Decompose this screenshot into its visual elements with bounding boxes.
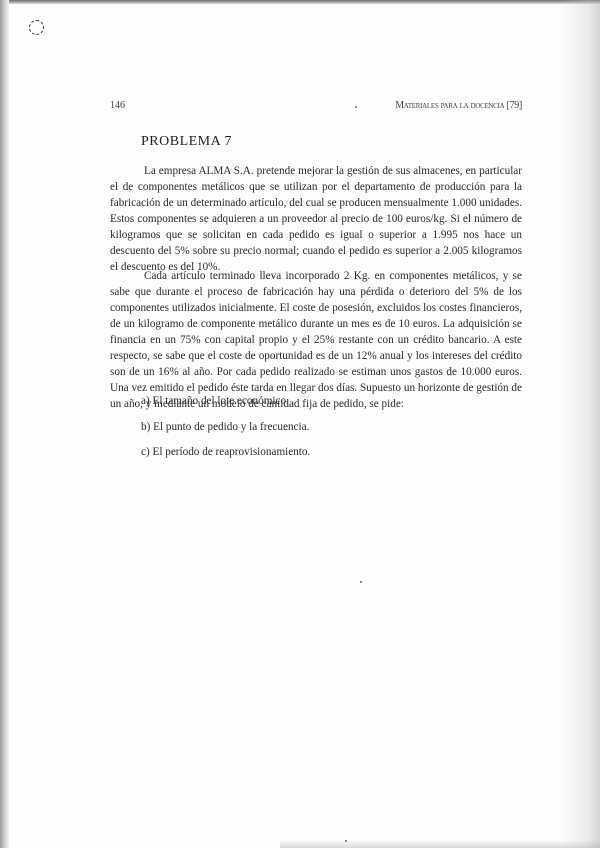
paragraph-text: La empresa ALMA S.A. pretende mejorar la… (110, 163, 522, 275)
paragraph-text: Cada artículo terminado lleva incorporad… (110, 268, 522, 412)
scan-shadow-bottom (280, 840, 600, 848)
paragraph-1: La empresa ALMA S.A. pretende mejorar la… (110, 163, 522, 275)
page-header: 146 Materiales para la docencia [79] (110, 100, 522, 116)
question-c: c) El período de reaprovisionamiento. (141, 444, 310, 470)
scan-edge-left (0, 0, 9, 848)
questions-list: a) El tamaño del lote económico. b) El p… (141, 393, 310, 470)
paragraph-2: Cada artículo terminado lleva incorporad… (110, 268, 522, 412)
running-head: Materiales para la docencia [79] (395, 100, 522, 111)
question-a: a) El tamaño del lote económico. (141, 393, 310, 419)
scan-speck (360, 581, 362, 583)
scan-speck (355, 106, 357, 108)
scan-speck (345, 840, 347, 842)
scan-edge-top (0, 0, 600, 4)
problem-title: PROBLEMA 7 (141, 134, 232, 150)
page-number: 146 (110, 100, 125, 111)
punch-hole-icon (29, 20, 44, 35)
scan-shadow-right (560, 0, 600, 848)
question-b: b) El punto de pedido y la frecuencia. (141, 419, 310, 445)
